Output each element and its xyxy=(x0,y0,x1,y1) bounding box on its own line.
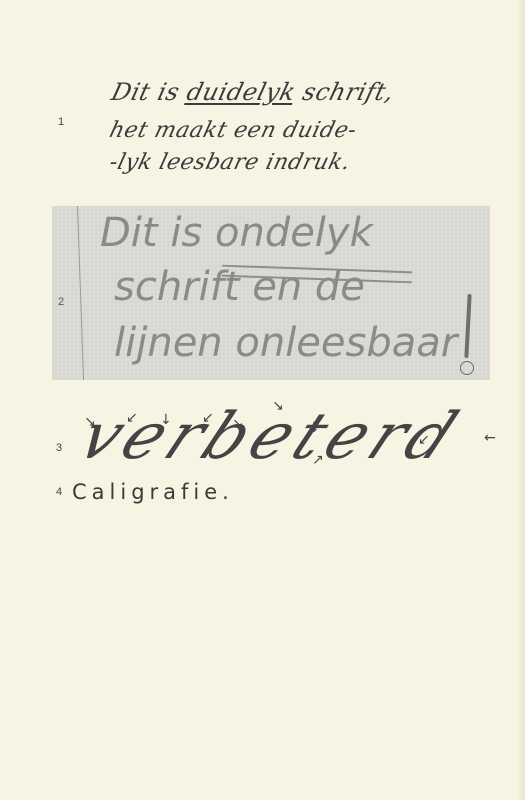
underlined-word: duidelyk xyxy=(184,78,299,106)
script-line-1: Dit is duidelyk schrift, xyxy=(109,78,398,106)
pencil-line-3: lijnen onleesbaar xyxy=(114,320,457,366)
example-number: 3 xyxy=(56,442,62,454)
arrow-icon: ↘ xyxy=(232,416,244,432)
arrow-icon: ↓ xyxy=(160,412,172,428)
arrow-icon: ↓ xyxy=(382,424,394,440)
script-line-2: het maakt een duide- xyxy=(107,118,360,143)
example-number: 4 xyxy=(56,486,62,498)
arrow-icon: ← xyxy=(484,430,496,446)
script-text: schrift, xyxy=(292,78,398,106)
arrow-icon: ↘ xyxy=(272,398,284,414)
arrow-icon: ↙ xyxy=(126,410,138,426)
pencil-line-2: schrift en de xyxy=(114,264,365,310)
example-2-pencil-sample: 2 Dit is ondelyk schrift en de lijnen on… xyxy=(52,206,490,380)
arrow-icon: ↗ xyxy=(312,452,324,468)
arrow-icon: ↘ xyxy=(84,414,96,430)
example-number: 2 xyxy=(58,296,64,308)
arrow-icon: ↙ xyxy=(418,432,430,448)
arrow-icon: ↙ xyxy=(202,410,214,426)
calligraphy-word: Caligrafie. xyxy=(72,480,234,504)
pencil-line-1: Dit is ondelyk xyxy=(100,210,373,256)
margin-line xyxy=(77,206,84,380)
arrow-icon: ↓ xyxy=(308,420,320,436)
example-number: 1 xyxy=(58,116,64,128)
script-line-3: -lyk leesbare indruk. xyxy=(107,150,353,175)
script-text: Dit is xyxy=(109,78,191,106)
exclamation-mark-dot xyxy=(460,361,474,375)
exclamation-mark-bar xyxy=(464,294,471,358)
page-edge xyxy=(519,0,525,800)
